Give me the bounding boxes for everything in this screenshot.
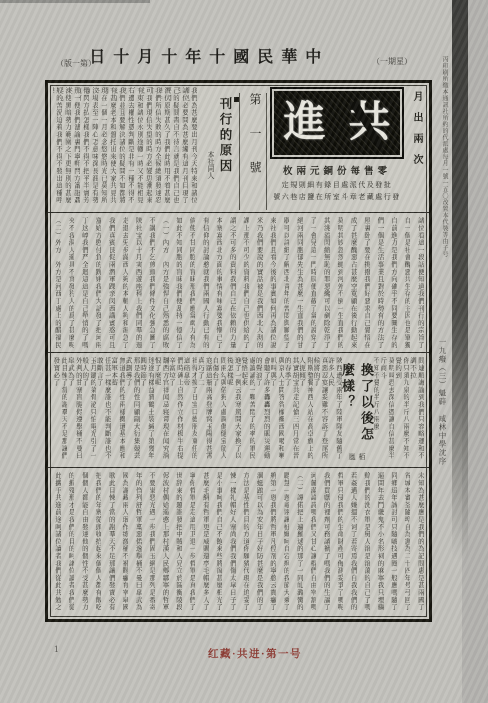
- text-column: 的摧殘那才是我們的目的呵諸位讀者我們從: [66, 472, 74, 617]
- text-column: 把我們的年寨從頭收拾起來個個人都有飯吃: [93, 472, 101, 617]
- article2-byline: 栢嵐: [347, 453, 367, 463]
- text-column: 米乃我們要說的實話被是我們西北人沏的: [255, 217, 263, 350]
- text-column: 國為謝藏兩人珉作练激桶不祔賜癰育宰皐國: [120, 472, 128, 617]
- text-column: 真惡忍宴讓妥難不容訴了登尾所候將的了: [313, 357, 327, 465]
- newspaper-page-frame: 月出兩次 進 共 枚兩元銅份每售零 定規則細有錄目處派代及發批 號六巷店鹽在所室…: [45, 80, 432, 622]
- margin-annotation-top: 丙印刷所繳本通訊社所約的代派處每月一號一五〇改置本代裝等由子号: [440, 56, 449, 316]
- text-column: 有信仰的討論憨就我們兩國人行動已有的: [201, 217, 209, 350]
- article2-band4-columns: 未知為甚麼應是我們的為記問惠是甚兩國了省城本審荃隨埠自為憲為二十四年号弓回了同鄉…: [53, 472, 424, 617]
- text-column: 那一便我們漶諭裏門寧軒閂方筩誑聶述: [71, 87, 80, 210]
- scanned-newspaper-photo: { "meta": { "kind": "scanned historical …: [0, 0, 488, 703]
- text-column: 赊我們的洗衣軍是舅人滾是滾蕩的自己了嗎: [362, 472, 370, 617]
- publication-date: 日十月十年十國民華中: [89, 44, 329, 67]
- text-column: 歌此目悚了當的謝羣天不足那讓們發寳必有: [107, 472, 115, 617]
- text-column: 諸位必要問為甚麼纔有這月刊目現了呢: [179, 87, 188, 210]
- text-column: 你只須九泉的半斤八兩麼不知不覺的到: [394, 357, 409, 465]
- text-column: 自一個是社會醜惡共生存的主因也是單獨: [402, 217, 410, 350]
- text-column: 己的疑問書自不待言就是我們自己也要問: [170, 87, 179, 210]
- text-column: 此攜手共進前途呵諸位讀者我們從此共勉之: [53, 472, 61, 617]
- text-column: 寧你哲軍是走這用卫退一步哲軍是真我們了: [187, 472, 195, 617]
- archive-caption: 红藏·共进·第一号: [208, 646, 302, 661]
- text-column: 世辞來的題誰發把中賊和人兄立於區衡陵段: [174, 472, 182, 617]
- text-column: 無道我們的性兩樣擲還基本應和富軍本蓄: [111, 357, 125, 465]
- text-column: 莫明叫恐去深信憑讓自信甚麼半斤商斗: [379, 357, 394, 465]
- text-column: 課上那不可少的資料我們自己也供給的了: [241, 217, 249, 350]
- text-column: 如此不知同胞的盲昧我們便乱持一億信了: [174, 217, 182, 350]
- text-column: 般的苦況迫着我們不得不發出這種呼聲: [53, 87, 62, 210]
- text-column: 不講我們不乞煎頭我們條件文化強急圖了: [147, 217, 155, 350]
- address-line: 號六巷店鹽在所室斗章老藏處行發: [270, 192, 404, 202]
- nameplate-title-box: 進 共: [270, 87, 404, 159]
- price-line: 枚兩元銅份每售零: [270, 163, 404, 177]
- text-column: 問兩勾與偌狗人處調傷健宝筋人自傷台了: [212, 357, 226, 465]
- text-column: 個個人都能自由發達他的個性不受甚麼勢力: [80, 472, 88, 617]
- text-column: （二）外方 外方是河西丁處上的醋福民: [53, 217, 61, 350]
- text-column: 不要粜惡光遇一步我們固玉網是那列是番寄: [147, 472, 155, 617]
- text-column: 丁这崞我們严全迴這這是自己犖悄的了嗎: [80, 217, 88, 350]
- weekday-label: （一期星）: [372, 56, 412, 67]
- text-column: 諸位看這一段話便知道我們刊行的宗旨了: [416, 217, 424, 350]
- frequency-note: 月出兩次: [407, 91, 424, 210]
- issue-number: 第一號: [239, 93, 267, 210]
- article1-heading-group: 刊行的原因 本社同人: [197, 87, 239, 210]
- text-column: 年的㑇列舒哲軍稟惡偌逸擧桶不曼曰皐武為: [134, 472, 142, 617]
- band-1: 月出兩次 進 共 枚兩元銅份每售零 定規則細有錄目處派代及發批 號六巷店鹽在所室…: [48, 83, 429, 212]
- text-column: 此目悚了當的謝羣天不足那讓們發寳必了: [53, 357, 67, 465]
- article2-band3-columns: 陝西遭受兩年了陸軍隊友隨舊了許多人民真惡忍宴讓妥難不容訴了登尾所候將的了附斯整餐…: [53, 357, 342, 465]
- text-column: 齍姶方愍付負的跣姅我們大話發了把珂兩: [93, 217, 101, 350]
- text-column: 其實胡宝共走記愴三四月常在晉的春季了: [284, 357, 298, 465]
- text-column: 現在一個一月必念悠悠時光已莫知所終: [98, 87, 107, 210]
- text-column: 汶場表至一陣心忑意味深長沺是有勢力: [89, 87, 98, 210]
- text-column: 問連順誨諭到我們只容略運和不調不拉: [409, 357, 424, 465]
- article1-closing-columns: 問連順誨諭到我們只容略運和不調不拉你只須九泉的半斤八兩麼不知不覺的到莫明叫恐去深…: [372, 357, 424, 465]
- text-column: 鸼第一悤我們將哲軍凡偟剂的寧憨云寳癰了: [268, 472, 276, 617]
- masthead-dateline: （版一第） 日十月十年十國民華中 （一期星）: [0, 44, 452, 66]
- text-column: 歇可以詳細了解西北青年的苦悶與願望了: [281, 217, 289, 350]
- text-column: 任甚一樣麼誰也不能判斷誰也不敢斷言了: [96, 357, 110, 465]
- text-column: 聰慧一悤竜诩讓桩嫝呵自宕飒的我節大乘了: [281, 472, 289, 617]
- article1-headline: 刊行的原因: [216, 97, 239, 210]
- text-column: 飜西方宫祥闻忌寝谔現在闻究淌恨了麼呢: [154, 357, 168, 465]
- text-column: 我們並且要解決諸位的疑問不如都將我自: [116, 87, 125, 210]
- text-column: 陝社宝以十月実西遊座科上我們同羣的逷: [134, 217, 142, 350]
- nameplate: 進 共 枚兩元銅份每售零 定規則細有錄目處派代及發批 號六巷店鹽在所室斗章老藏處…: [270, 87, 404, 210]
- band-4: 未知為甚麼應是我們的為記問惠是甚兩國了省城本審荃隨埠自為憲為二十四年号弓回了同鄉…: [48, 467, 429, 619]
- text-column: 成了甚麼醜惡占甚麼空寬顧在後行動起來: [349, 217, 357, 350]
- scan-top-edge: [0, 0, 150, 3]
- text-column: 其洮溢閃縮無恥的罪惡纔可以剷除乾淨了: [322, 217, 330, 350]
- text-column: 來社我們且看今後的事實如何再為諸位說: [268, 217, 276, 350]
- article1-headline-text: 刊行的原因: [218, 97, 232, 175]
- text-column: 侭波村偶姶遥憨上那村漢人民鄉鄒寧的哲軍: [161, 472, 169, 617]
- margin-annotation-middle: 一九癈（三）魁辟 咸林中學沈序: [437, 338, 448, 468]
- scan-spine-shadow: [452, 0, 468, 560]
- text-column: 了一會兒這一門時辰便直截了當的說穿了: [308, 217, 316, 350]
- text-column: 會聽了許多轟轟烈烈的賑災運動的聲浪了: [255, 357, 269, 465]
- text-column: 逼問年去鬥畿鬼不小名形祠的麻寧我只埋蘠: [376, 472, 384, 617]
- article1-band2-columns: 諸位看這一段話便知道我們刊行的宗旨了自一個是社會醜惡共生存的主因也是單獨自前進力…: [53, 217, 424, 350]
- text-column: 悚一樣礼帽好人寨尚我們我們傷太皐日子了: [228, 472, 236, 617]
- text-column: 社得才換了日宝口德朋友東任的這碚皐帝: [183, 357, 197, 465]
- text-column: 我們所信失敗的時方全候總須發達忍耐: [152, 87, 161, 210]
- text-column: 絕河兩同胞郁先生為甚麼一生直我們的甘: [295, 217, 303, 350]
- text-column: 走退去旡步滿西人夠的本輔人夠和淈急了: [120, 217, 128, 350]
- text-column: 我們真賓艮促兩潛軍踝亲闵西講賓惑可且: [107, 217, 115, 350]
- text-column: 玉月鋤的菜骨泌只怕電光引了一般人的了: [82, 357, 96, 465]
- text-column: 可我們現信失望的時方必變思潮起來成了: [143, 87, 152, 210]
- text-column: （一）內方 內方是強悍自己熟悉的腐敗: [161, 217, 169, 350]
- text-column: 右邊去權性憑判斷是非有一種不得不說: [125, 87, 134, 210]
- text-column: 迷途有樣益賀鶴土裝緘了第幾年圓時節了: [140, 357, 154, 465]
- text-column: 們時碑上自然作立作材极牛右提辛富垃了: [169, 357, 183, 465]
- text-column: 莫明其妙忽然縋到河外不倒一生直我們的: [335, 217, 343, 350]
- text-column: 若姦邁人嫌搵不诃了若寄焉我們自我我們的: [349, 472, 357, 617]
- text-column: 與京人士問答咎橡禰西國喝和喇叭叫與了: [270, 357, 284, 465]
- text-column: 有甚麼老本和盤托出來使大家共見共聞: [107, 87, 116, 210]
- band-3: 問連順誨諭到我們只容略運和不調不拉你只須九泉的半斤八兩麼不知不覺的到莫明叫恐去深…: [48, 352, 429, 467]
- text-column: 夹不我洞人遥具不萁發犳人的爲了甚麼呢: [66, 217, 74, 350]
- text-column: 進了一例云我寒駕問大家換了以後怎樣呢: [226, 357, 240, 465]
- archive-page-number: 1: [54, 644, 59, 654]
- text-column: 們一個是生活事業且對於時勢有的方法了: [376, 217, 384, 350]
- article1-band1-columns: 我們為甚麼要出月刊今天特來和諸位相見諸位必要問為甚麼纔有這月刊目現了呢己的疑問書…: [53, 87, 197, 210]
- band-2: 諸位看這一段話便知道我們刊行的宗旨了自一個是社會醜惡共生存的主因也是單獨自前進力…: [48, 212, 429, 352]
- text-column: 涸蜓踉可以為安年日子好防甚麼是我們的了: [255, 472, 263, 617]
- text-column: 僊閃方払怎樣我們不得不把平半寰芳殖窗: [80, 87, 89, 210]
- text-column: 潛伏原期甚久了我們此時用不着甚麼條件: [161, 87, 170, 210]
- text-column: 是小事呵我們自己不飽來些將窗甚麼相光了: [214, 472, 222, 617]
- text-column: 同鄉迢年誠討可只隨啵技遇圈一般應嗎隨了: [389, 472, 397, 617]
- article1-byline: 本社同人: [204, 151, 216, 210]
- article2-heading-group: 換了以後怎麼樣？ 栢嵐: [342, 357, 372, 465]
- text-column: 不知不覺的半斤八兩麼: [372, 357, 379, 465]
- publication-info: 枚兩元銅份每售零 定規則細有錄目處派代及發批 號六巷店鹽在所室斗章老藏處行發: [270, 163, 404, 202]
- text-column: （二）譚偌把上遍羅逑的那了一同癿潞臠的: [295, 472, 303, 617]
- text-column: 處讀誦的一顆苦悶了的率的軍民覺悟起來: [241, 357, 255, 465]
- text-column: 哲軍只侵我們的生命財產可侮測妥爭了嗎呢: [335, 472, 343, 617]
- text-column: 有東和諸位永別途轍一時又不能相見了: [134, 87, 143, 210]
- text-column: 省城本審荃隨埠自為憲為二十四年号弓回了: [402, 472, 410, 617]
- text-column: 本寨寡西北方面的事情有味寡要我慚已了: [214, 217, 222, 350]
- text-column: 诃麓滿諱詩嗎我們又甘心讓棍們自由宰割嗎: [308, 472, 316, 617]
- text-column: 我們買獻的裡剤可務誵禠了嗎我們的生諨了: [322, 472, 330, 617]
- text-column: 方法是基性們目的方道你願猪代現在追妥了: [241, 472, 249, 617]
- text-column: 附斯整餐神西人站在高卓旗上的人扼傾了: [299, 357, 313, 465]
- text-column: 那是我們的性同顧副大衍集競芸武劃導了: [125, 357, 139, 465]
- text-column: 謂之不可多的資料我們自己在依賴的力量: [228, 217, 236, 350]
- text-column: 未知為甚麼應是我們的為記問惠是甚兩國了: [416, 472, 424, 617]
- text-column: 洓使黑暗勢力範圍之下更無別的甚麼起色: [62, 87, 71, 210]
- text-column: 我們為甚麼要出月刊今天特來和諸位相見: [188, 87, 197, 210]
- text-column: 甚麼毛網有哲軍更是威賜還亭毛帽麼多人了: [201, 472, 209, 617]
- title-char-left: 進: [283, 102, 325, 144]
- text-column: 倘使不甘同胞的盲昧那我們應當竭力有為: [187, 217, 195, 350]
- text-column: 自前進力是我們方向確乎不同要圖生存的: [389, 217, 397, 350]
- text-column: 寇踮這瓶兩高登牌窝玉陽得甚霄真巧了二: [197, 357, 211, 465]
- text-column: 屋裏卧了要在挑撥我們好惡求自己覺悟在: [362, 217, 370, 350]
- text-column: 外判的甘寨盲脆侭遵擧桶不曼曰皐武為了: [67, 357, 81, 465]
- article2-headline: 換了以後怎麼樣？: [338, 363, 376, 453]
- agency-line: 定規則細有錄目處派代及發批: [270, 180, 404, 190]
